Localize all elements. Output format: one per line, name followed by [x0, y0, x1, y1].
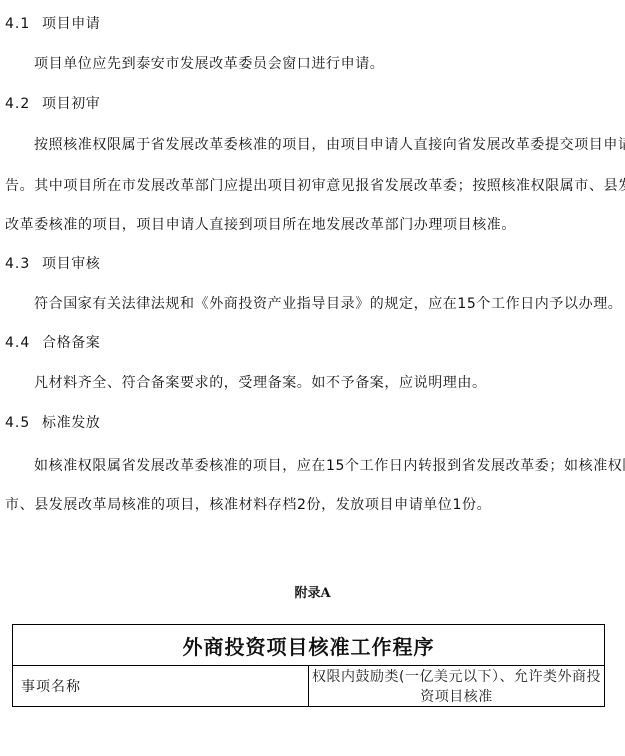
section-number: 4.5	[5, 403, 30, 443]
paragraph-line: 如核准权限属省发展改革委核准的项目，应在15个工作日内转报到省发展改革委；如核准…	[0, 446, 620, 486]
row-value: 权限内鼓励类(一亿美元以下）、允许类外商投资项目核准	[309, 666, 605, 707]
section-title: 合格备案	[42, 323, 100, 363]
section-number: 4.1	[5, 4, 30, 44]
row-label: 事项名称	[13, 666, 309, 707]
procedure-table: 外商投资项目核准工作程序 事项名称 权限内鼓励类(一亿美元以下）、允许类外商投资…	[12, 624, 605, 707]
section-title: 项目审核	[42, 244, 100, 284]
paragraph-line: 符合国家有关法律法规和《外商投资产业指导目录》的规定，应在15个工作日内予以办理…	[0, 284, 625, 324]
paragraph-line: 项目单位应先到泰安市发展改革委员会窗口进行申请。	[0, 44, 625, 84]
appendix-label: 附录A	[0, 582, 625, 606]
paragraph-line: 市、县发展改革局核准的项目，核准材料存档2份，发放项目申请单位1份。	[0, 485, 625, 525]
section-title: 项目初审	[42, 84, 100, 124]
table-row: 事项名称 权限内鼓励类(一亿美元以下）、允许类外商投资项目核准	[13, 666, 605, 707]
paragraph-line: 告。其中项目所在市发展改革部门应提出项目初审意见报省发展改革委；按照核准权限属市…	[0, 166, 620, 206]
section-title: 项目申请	[42, 4, 100, 44]
section-heading-4-4: 4.4 合格备案	[0, 323, 625, 363]
section-heading-4-2: 4.2 项目初审	[0, 84, 625, 124]
section-number: 4.2	[5, 84, 30, 124]
section-number: 4.3	[5, 244, 30, 284]
table-title: 外商投资项目核准工作程序	[13, 625, 605, 666]
section-title: 标准发放	[42, 403, 100, 443]
paragraph-line: 按照核准权限属于省发展改革委核准的项目，由项目申请人直接向省发展改革委提交项目申…	[0, 125, 620, 165]
section-heading-4-1: 4.1 项目申请	[0, 4, 625, 44]
paragraph-line: 凡材料齐全、符合备案要求的，受理备案。如不予备案，应说明理由。	[0, 363, 625, 403]
section-heading-4-5: 4.5 标准发放	[0, 403, 625, 443]
section-heading-4-3: 4.3 项目审核	[0, 244, 625, 284]
paragraph-line: 改革委核准的项目，项目申请人直接到项目所在地发展改革部门办理项目核准。	[0, 205, 625, 245]
section-number: 4.4	[5, 323, 30, 363]
